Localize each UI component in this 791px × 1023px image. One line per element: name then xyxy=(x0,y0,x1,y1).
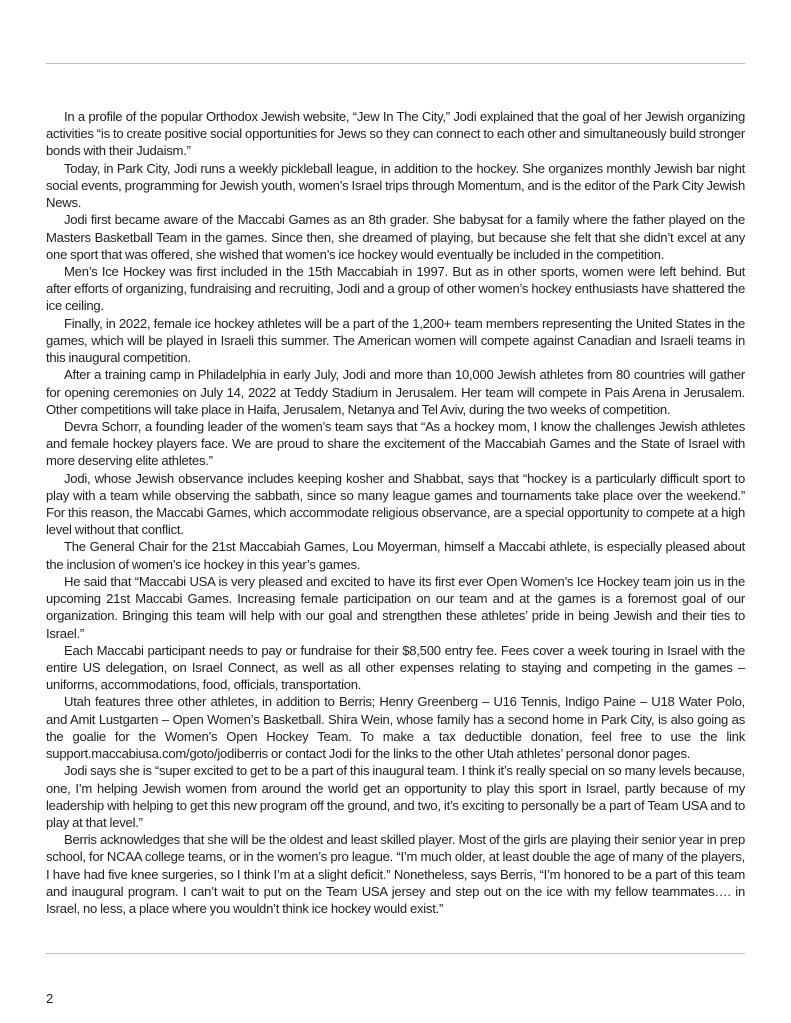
paragraph-maccabi-usa-quote: He said that “Maccabi USA is very please… xyxy=(46,573,745,642)
paragraph-berris-oldest-player: Berris acknowledges that she will be the… xyxy=(46,831,745,917)
paragraph-first-aware: Jodi first became aware of the Maccabi G… xyxy=(46,211,745,263)
paragraph-shabbat-observance: Jodi, whose Jewish observance includes k… xyxy=(46,470,745,539)
paragraph-training-camp: After a training camp in Philadelphia in… xyxy=(46,366,745,418)
article-body: In a profile of the popular Orthodox Jew… xyxy=(46,108,745,917)
header-rule xyxy=(46,63,745,64)
paragraph-general-chair: The General Chair for the 21st Maccabiah… xyxy=(46,538,745,572)
paragraph-jew-in-the-city: In a profile of the popular Orthodox Jew… xyxy=(46,108,745,160)
paragraph-utah-athletes: Utah features three other athletes, in a… xyxy=(46,693,745,762)
footer-rule xyxy=(46,953,745,954)
paragraph-entry-fee: Each Maccabi participant needs to pay or… xyxy=(46,642,745,694)
paragraph-park-city-activities: Today, in Park City, Jodi runs a weekly … xyxy=(46,160,745,212)
paragraph-mens-hockey-history: Men’s Ice Hockey was first included in t… xyxy=(46,263,745,315)
page-number: 2 xyxy=(46,991,53,1007)
paragraph-devra-schorr-quote: Devra Schorr, a founding leader of the w… xyxy=(46,418,745,470)
paragraph-jodi-excited-quote: Jodi says she is “super excited to get t… xyxy=(46,762,745,831)
paragraph-2022-team: Finally, in 2022, female ice hockey athl… xyxy=(46,315,745,367)
